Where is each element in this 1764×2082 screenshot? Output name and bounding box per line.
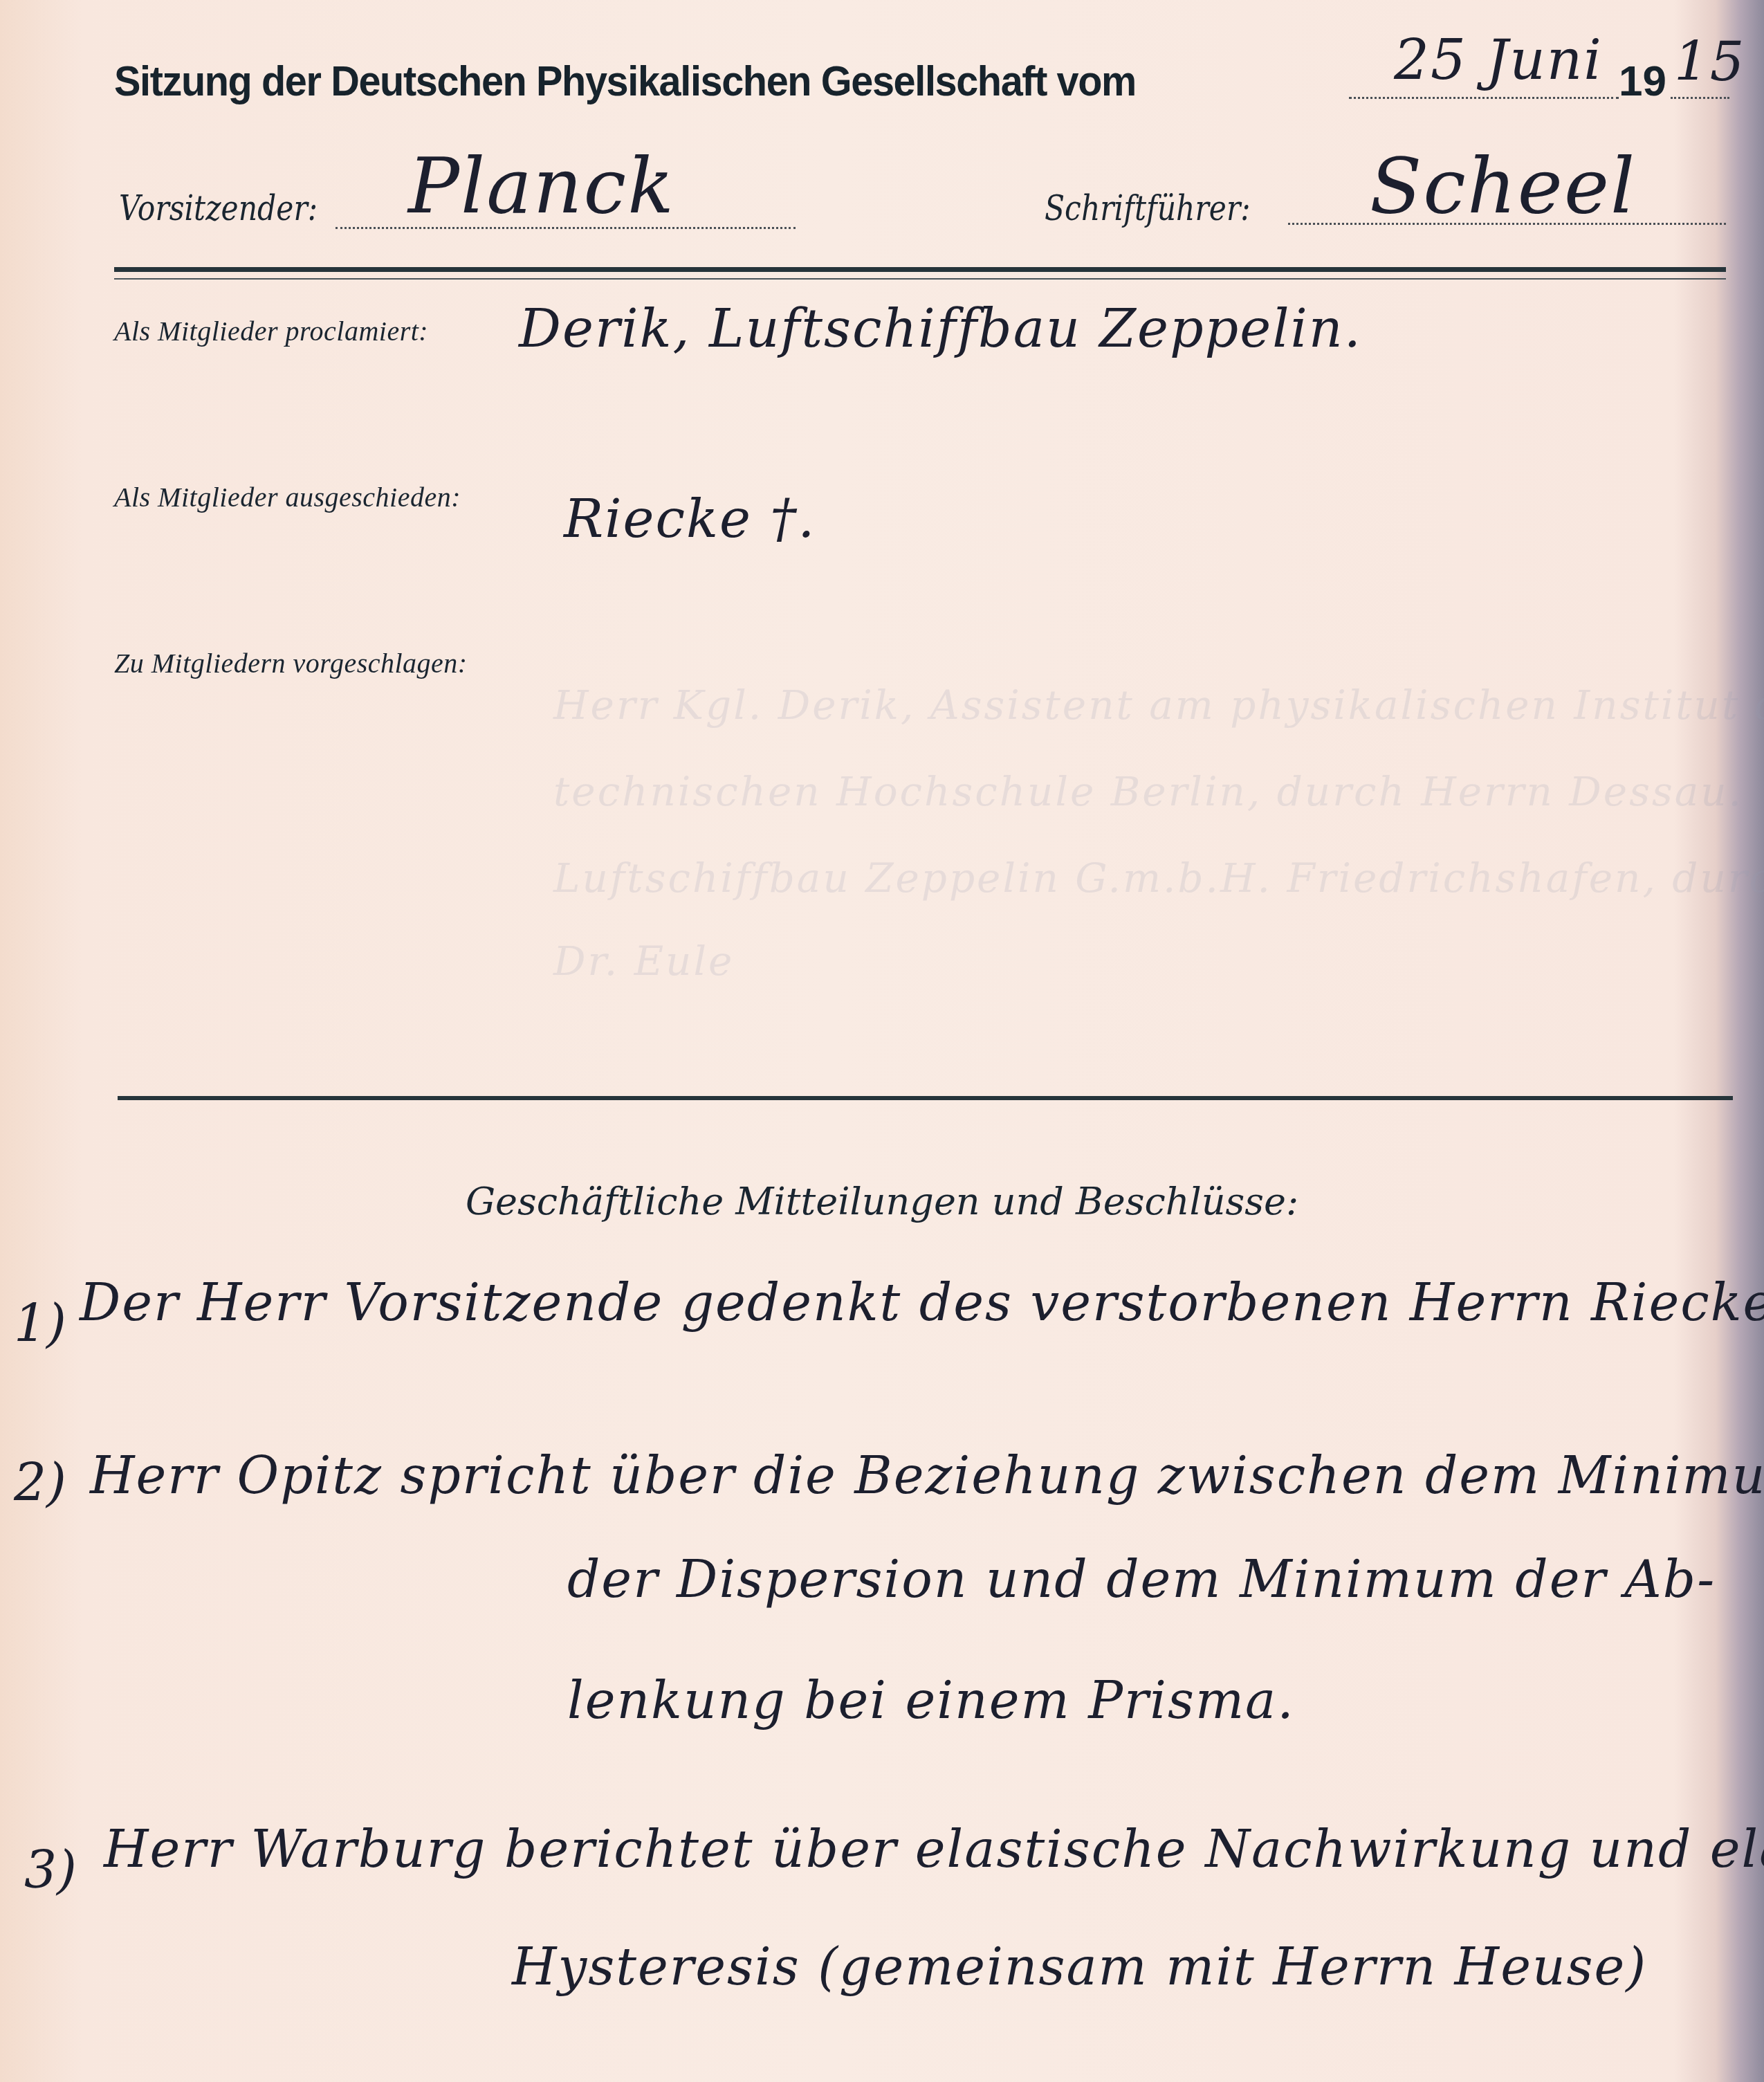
item-line: Herr Warburg berichtet über elastische N… <box>104 1820 1764 1879</box>
chair-signature: Planck <box>408 142 675 230</box>
section-divider-rule <box>118 1096 1733 1100</box>
proposed-label: Zu Mitgliedern vorgeschlagen: <box>114 647 468 679</box>
secretary-signature: Scheel <box>1370 142 1636 230</box>
item-line: Der Herr Vorsitzende gedenkt des verstor… <box>80 1273 1764 1333</box>
item-number: 1) <box>14 1294 66 1353</box>
chair-label: Vorsitzender: <box>119 188 318 228</box>
departed-value: Riecke †. <box>564 488 816 549</box>
date-dotted-line <box>1349 97 1619 99</box>
item-line: lenkung bei einem Prisma. <box>567 1671 1295 1731</box>
proclaimed-label: Als Mitglieder proclamiert: <box>114 315 428 347</box>
year-handwritten-suffix: 15 <box>1674 31 1745 93</box>
bleedthrough-line: Herr Kgl. Derik, Assistent am physikalis… <box>553 682 1764 729</box>
business-heading: Geschäftliche Mitteilungen und Beschlüss… <box>0 1180 1764 1223</box>
year-printed-prefix: 19 <box>1619 57 1666 106</box>
item-number: 2) <box>14 1453 66 1513</box>
header-rule-thick <box>114 267 1726 272</box>
secretary-label: Schriftführer: <box>1045 188 1251 228</box>
bleedthrough-line: Dr. Eule <box>553 938 734 985</box>
item-line: der Dispersion und dem Minimum der Ab- <box>567 1550 1716 1609</box>
bleedthrough-line: Luftschiffbau Zeppelin G.m.b.H. Friedric… <box>553 855 1764 902</box>
departed-label: Als Mitglieder ausgeschieden: <box>114 481 461 513</box>
date-handwritten: 25 Juni <box>1394 28 1603 92</box>
item-number: 3) <box>24 1841 77 1900</box>
proclaimed-value: Derik, Luftschiffbau Zeppelin. <box>519 298 1362 359</box>
item-line: Herr Opitz spricht über die Beziehung zw… <box>90 1446 1764 1506</box>
header-rule-thin <box>114 278 1726 280</box>
item-line: Hysteresis (gemeinsam mit Herrn Heuse) <box>512 1937 1647 1997</box>
document-title: Sitzung der Deutschen Physikalischen Ges… <box>114 57 1136 106</box>
bleedthrough-line: technischen Hochschule Berlin, durch Her… <box>553 768 1743 815</box>
year-dotted-line <box>1671 97 1729 99</box>
